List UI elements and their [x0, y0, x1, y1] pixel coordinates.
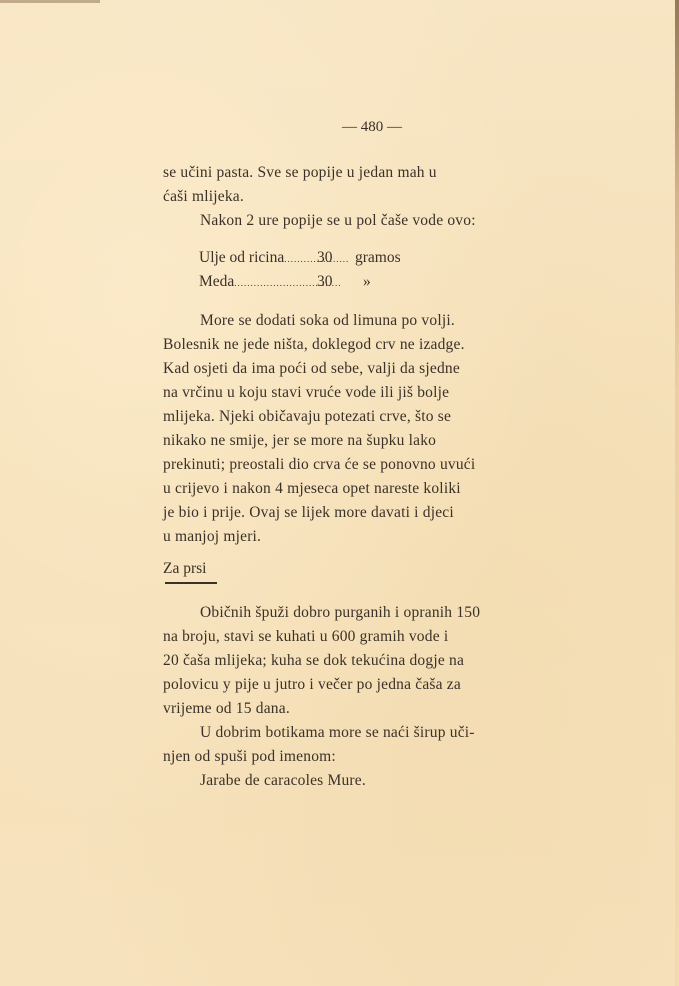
text-line: mlijeka. Njeki običavaju potezati crve, …: [163, 408, 451, 426]
text-line: Kad osjeti da ima poći od sebe, valji da…: [163, 360, 460, 378]
text-line: u crijevo i nakon 4 mjeseca opet nareste…: [163, 480, 461, 498]
recipe-item: Meda................................. 30…: [199, 273, 519, 291]
ingredient-name: Meda: [199, 273, 234, 291]
ingredient-quantity: 30: [317, 249, 333, 267]
book-page: — 480 — se učini pasta. Sve se popije u …: [0, 0, 679, 986]
section-heading: Za prsi: [163, 560, 206, 578]
ingredient-unit: gramos: [355, 249, 401, 267]
text-line: More se dodati soka od limuna po volji.: [163, 312, 455, 330]
text-line: Bolesnik ne jede ništa, doklegod crv ne …: [163, 336, 465, 354]
page-edge-right: [675, 0, 679, 986]
text-line-content: se učini pasta. Sve se popije u jedan ma…: [163, 164, 437, 182]
text-line: polovicu y pije u jutro i večer po jedna…: [163, 676, 461, 694]
text-line: u manjoj mjeri.: [163, 528, 261, 546]
text-line: 20 čaša mlijeka; kuha se dok tekućina do…: [163, 652, 464, 670]
text-line: ćaši mlijeka.: [163, 188, 244, 206]
page-edge-top: [0, 0, 100, 3]
page-number: — 480 —: [342, 119, 402, 136]
text-line: Običnih špuži dobro purganih i opranih 1…: [163, 604, 480, 622]
text-line: na vrčinu u koju stavi vruće vode ili ji…: [163, 384, 449, 402]
ingredient-unit: »: [363, 273, 371, 291]
text-line: Nakon 2 ure popije se u pol čaše vode ov…: [163, 212, 476, 230]
text-line: U dobrim botikama more se naći širup uči…: [163, 724, 475, 742]
text-line: njen od spuši pod imenom:: [163, 748, 336, 766]
recipe-item: Ulje od ricina.................... 30 gr…: [199, 249, 519, 267]
text-line: nikako ne smije, jer se more na šupku la…: [163, 432, 436, 450]
text-line: vrijeme od 15 dana.: [163, 700, 290, 718]
text-line: je bio i prije. Ovaj se lijek more davat…: [163, 504, 454, 522]
heading-underline: [165, 582, 217, 584]
text-line: Jarabe de caracoles Mure.: [163, 772, 366, 790]
text-line: na broju, stavi se kuhati u 600 gramih v…: [163, 628, 448, 646]
text-line: se učini pasta. Sve se popije u jedan ma…: [163, 164, 558, 182]
text-line: prekinuti; preostali dio crva će se pono…: [163, 456, 475, 474]
ingredient-name: Ulje od ricina: [199, 249, 284, 267]
ingredient-quantity: 30: [317, 273, 333, 291]
